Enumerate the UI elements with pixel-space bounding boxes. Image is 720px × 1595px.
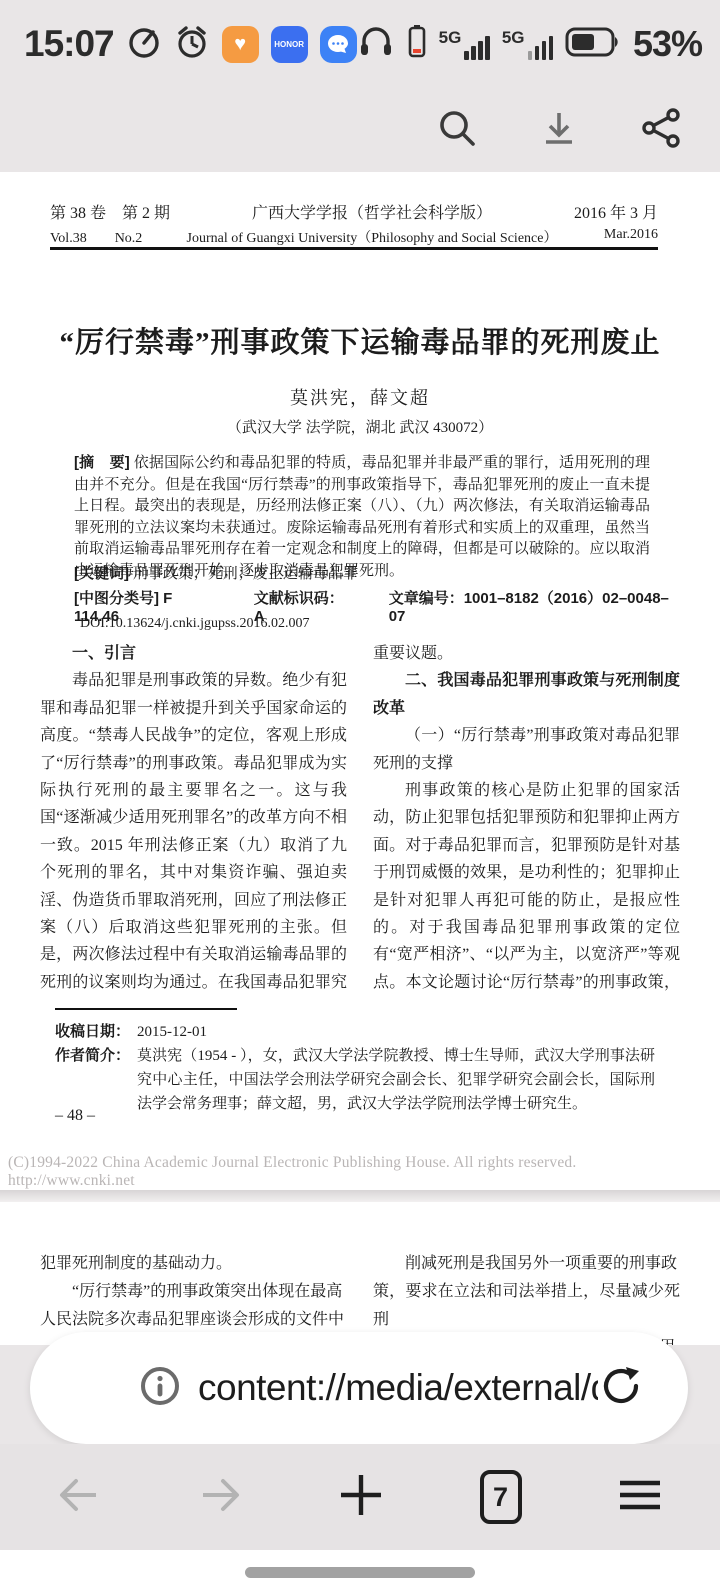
article-affiliation: （武汉大学 法学院，湖北 武汉 430072） [0, 416, 720, 437]
battery-percent: 53% [633, 23, 702, 65]
received-date: 2015-12-01 [137, 1020, 655, 1044]
network-type-label: 5G [439, 29, 462, 46]
messages-app-icon [320, 26, 357, 63]
page-separator [0, 1190, 720, 1202]
phone-screen: 15:07 ♥ HONOR 5G [0, 0, 720, 1595]
signal-sim2: 5G [502, 29, 553, 60]
keywords-label: [关键词] [74, 565, 129, 582]
alarm-clock-icon [174, 24, 210, 65]
battery-icon [565, 27, 621, 62]
share-icon[interactable] [640, 107, 682, 154]
received-date-label: 收稿日期： [55, 1020, 137, 1044]
info-icon[interactable] [138, 1364, 182, 1413]
network-type-label: 5G [502, 29, 525, 46]
search-icon[interactable] [436, 107, 478, 154]
page2-line: 削减死刑是我国另外一项重要的刑事政 [373, 1250, 680, 1278]
honor-app-icon: HONOR [271, 26, 308, 63]
abstract-label: [摘 要] [74, 454, 130, 471]
journal-volume-en: Vol.38 No.2 [50, 227, 170, 247]
left-column: 一、引言 毒品犯罪是刑事政策的异数。绝少有犯罪和毒品犯罪一样被提升到关乎国家命运… [40, 640, 347, 992]
browser-bottom-bar: 7 [0, 1444, 720, 1550]
journal-date-en: Mar.2016 [574, 227, 658, 243]
page2-line: “厉行禁毒”的刑事政策突出体现在最高 [40, 1278, 347, 1306]
url-bar[interactable]: content://media/external/dov [30, 1332, 688, 1444]
section-heading-2: 二、我国毒品犯罪刑事政策与死刑制度改革 [373, 667, 680, 722]
journal-name-cn: 广西大学学报（哲学社会科学版） [187, 200, 558, 223]
author-bio: 莫洪宪（1954 - ），女，武汉大学法学院教授、博士生导师，武汉大学刑事法研究… [137, 1044, 655, 1116]
right-column-paragraph: 刑事政策的核心是防止犯罪的国家活动，防止犯罪包括犯罪预防和犯罪抑止两方面。对于毒… [373, 777, 680, 992]
page2-left-column: 犯罪死刑制度的基础动力。 “厉行禁毒”的刑事政策突出体现在最高 人民法院多次毒品… [40, 1250, 347, 1345]
journal-date-cn: 2016 年 3 月 [574, 200, 658, 223]
clock-time: 15:07 [24, 23, 114, 65]
document-page-1: 第 38 卷 第 2 期 Vol.38 No.2 广西大学学报（哲学社会科学版）… [0, 172, 720, 1190]
article-number: 文章编号：1001–8182（2016）02–0048–07 [389, 587, 674, 625]
page-number: – 48 – [55, 1107, 95, 1125]
right-column: 重要议题。 二、我国毒品犯罪刑事政策与死刑制度改革 （一）“厉行禁毒”刑事政策对… [373, 640, 680, 992]
url-text[interactable]: content://media/external/dov [198, 1367, 598, 1409]
keywords-line: [关键词] 刑事政策；死刑；废止运输毒品罪 [74, 562, 674, 583]
left-column-paragraph: 毒品犯罪是刑事政策的异数。绝少有犯罪和毒品犯罪一样被提升到关乎国家命运的高度。“… [40, 667, 347, 992]
author-bio-label: 作者简介： [55, 1044, 137, 1116]
article-authors: 莫洪宪，薛文超 [0, 384, 720, 410]
home-gesture-pill[interactable] [245, 1567, 475, 1578]
body-columns: 一、引言 毒品犯罪是刑事政策的异数。绝少有犯罪和毒品犯罪一样被提升到关乎国家命运… [40, 640, 680, 992]
headset-battery-icon [407, 23, 427, 66]
new-tab-icon[interactable] [337, 1471, 385, 1524]
status-bar: 15:07 ♥ HONOR 5G [0, 0, 720, 88]
health-app-icon: ♥ [222, 26, 259, 63]
tabs-icon[interactable]: 7 [480, 1470, 522, 1524]
forward-icon[interactable] [197, 1475, 243, 1520]
copyright-line: (C)1994-2022 China Academic Journal Elec… [8, 1150, 714, 1190]
document-toolbar [0, 88, 720, 172]
refresh-icon[interactable] [598, 1363, 644, 1414]
right-column-continuation: 重要议题。 [373, 640, 680, 667]
signal-sim1: 5G [439, 29, 490, 60]
headset-icon [357, 23, 395, 66]
footnote-block: 收稿日期： 2015-12-01 作者简介： 莫洪宪（1954 - ），女，武汉… [55, 1020, 655, 1116]
gesture-area [0, 1550, 720, 1595]
subsection-heading: （一）“厉行禁毒”刑事政策对毒品犯罪死刑的支撑 [373, 722, 680, 777]
journal-header: 第 38 卷 第 2 期 Vol.38 No.2 广西大学学报（哲学社会科学版）… [50, 200, 658, 247]
tab-count: 7 [493, 1482, 508, 1513]
document-page-2: 犯罪死刑制度的基础动力。 “厉行禁毒”的刑事政策突出体现在最高 人民法院多次毒品… [0, 1202, 720, 1345]
footnote-rule [55, 1008, 237, 1010]
page2-line: 人民法院多次毒品犯罪座谈会形成的文件中 [40, 1306, 347, 1334]
doi: DOI:10.13624/j.cnki.jgupss.2016.02.007 [80, 616, 309, 632]
back-icon[interactable] [56, 1475, 102, 1520]
page2-right-column: 削减死刑是我国另外一项重要的刑事政 策，要求在立法和司法举措上，尽量减少死刑 的… [373, 1250, 680, 1345]
header-rule [50, 247, 658, 250]
journal-name-en: Journal of Guangxi University（Philosophy… [187, 227, 558, 247]
page2-line: 策，要求在立法和司法举措上，尽量减少死刑 [373, 1278, 680, 1334]
signal-bars [464, 36, 490, 60]
abstract-text: 依据国际公约和毒品犯罪的特质，毒品犯罪并非最严重的罪行，适用死刑的理由并不充分。… [74, 455, 650, 579]
keywords-text: 刑事政策；死刑；废止运输毒品罪 [133, 566, 358, 582]
download-icon[interactable] [538, 107, 580, 154]
journal-volume-cn: 第 38 卷 第 2 期 [50, 200, 170, 223]
menu-icon[interactable] [616, 1475, 664, 1520]
data-saver-icon [126, 24, 162, 65]
section-heading-1: 一、引言 [40, 640, 347, 667]
signal-bars [528, 36, 554, 60]
page2-line: 犯罪死刑制度的基础动力。 [40, 1250, 347, 1278]
article-title: “厉行禁毒”刑事政策下运输毒品罪的死刑废止 [0, 320, 720, 361]
